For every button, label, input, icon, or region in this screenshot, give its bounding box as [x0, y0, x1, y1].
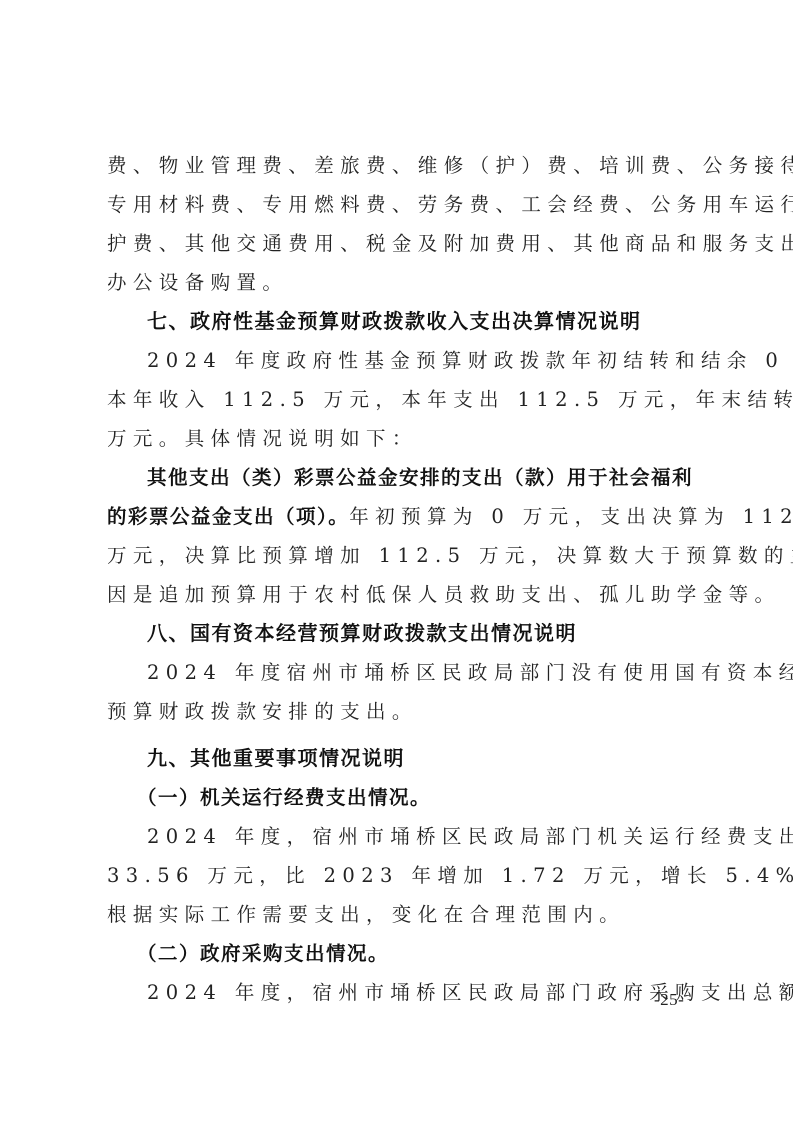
body-line: 根据实际工作需要支出，变化在合理范围内。: [107, 895, 693, 934]
section-heading-9: 九、其他重要事项情况说明: [107, 739, 693, 778]
document-body: 费、物业管理费、差旅费、维修（护）费、培训费、公务接待费、 专用材料费、专用燃料…: [107, 146, 693, 1012]
document-page: 费、物业管理费、差旅费、维修（护）费、培训费、公务接待费、 专用材料费、专用燃料…: [0, 0, 793, 1122]
section-heading-7: 七、政府性基金预算财政拨款收入支出决算情况说明: [107, 302, 693, 341]
subsection-heading-1: （一）机关运行经费支出情况。: [107, 778, 693, 817]
page-number: -25-: [654, 990, 684, 1010]
body-line: 2024 年度宿州市埇桥区民政局部门没有使用国有资本经营: [107, 653, 693, 692]
spacer: [107, 731, 693, 739]
body-line: 预算财政拨款安排的支出。: [107, 692, 693, 731]
body-line: 2024 年度政府性基金预算财政拨款年初结转和结余 0 万元，: [107, 341, 693, 380]
body-line: 本年收入 112.5 万元，本年支出 112.5 万元，年末结转和结余 0: [107, 380, 693, 419]
body-line: 2024 年度，宿州市埇桥区民政局部门机关运行经费支出: [107, 817, 693, 856]
bold-item-title-end: 的彩票公益金支出（项）。: [107, 505, 349, 528]
body-line: 办公设备购置。: [107, 263, 693, 302]
body-text: 年初预算为 0 万元，支出决算为 112.5: [349, 505, 793, 528]
body-line: 费、物业管理费、差旅费、维修（护）费、培训费、公务接待费、: [107, 146, 693, 185]
body-line: 万元，决算比预算增加 112.5 万元，决算数大于预算数的主要原: [107, 536, 693, 575]
body-line: 专用材料费、专用燃料费、劳务费、工会经费、公务用车运行维: [107, 185, 693, 224]
subsection-heading-2: （二）政府采购支出情况。: [107, 934, 693, 973]
body-line: 因是追加预算用于农村低保人员救助支出、孤儿助学金等。: [107, 575, 693, 614]
body-line: 的彩票公益金支出（项）。年初预算为 0 万元，支出决算为 112.5: [107, 497, 693, 536]
body-line: 2024 年度，宿州市埇桥区民政局部门政府采购支出总额: [107, 973, 693, 1012]
body-line: 万元。具体情况说明如下：: [107, 419, 693, 458]
body-line: 护费、其他交通费用、税金及附加费用、其他商品和服务支出、: [107, 224, 693, 263]
bold-item-title: 其他支出（类）彩票公益金安排的支出（款）用于社会福利: [107, 458, 693, 497]
body-line: 33.56 万元，比 2023 年增加 1.72 万元，增长 5.4%，主要原因…: [107, 856, 693, 895]
section-heading-8: 八、国有资本经营预算财政拨款支出情况说明: [107, 614, 693, 653]
